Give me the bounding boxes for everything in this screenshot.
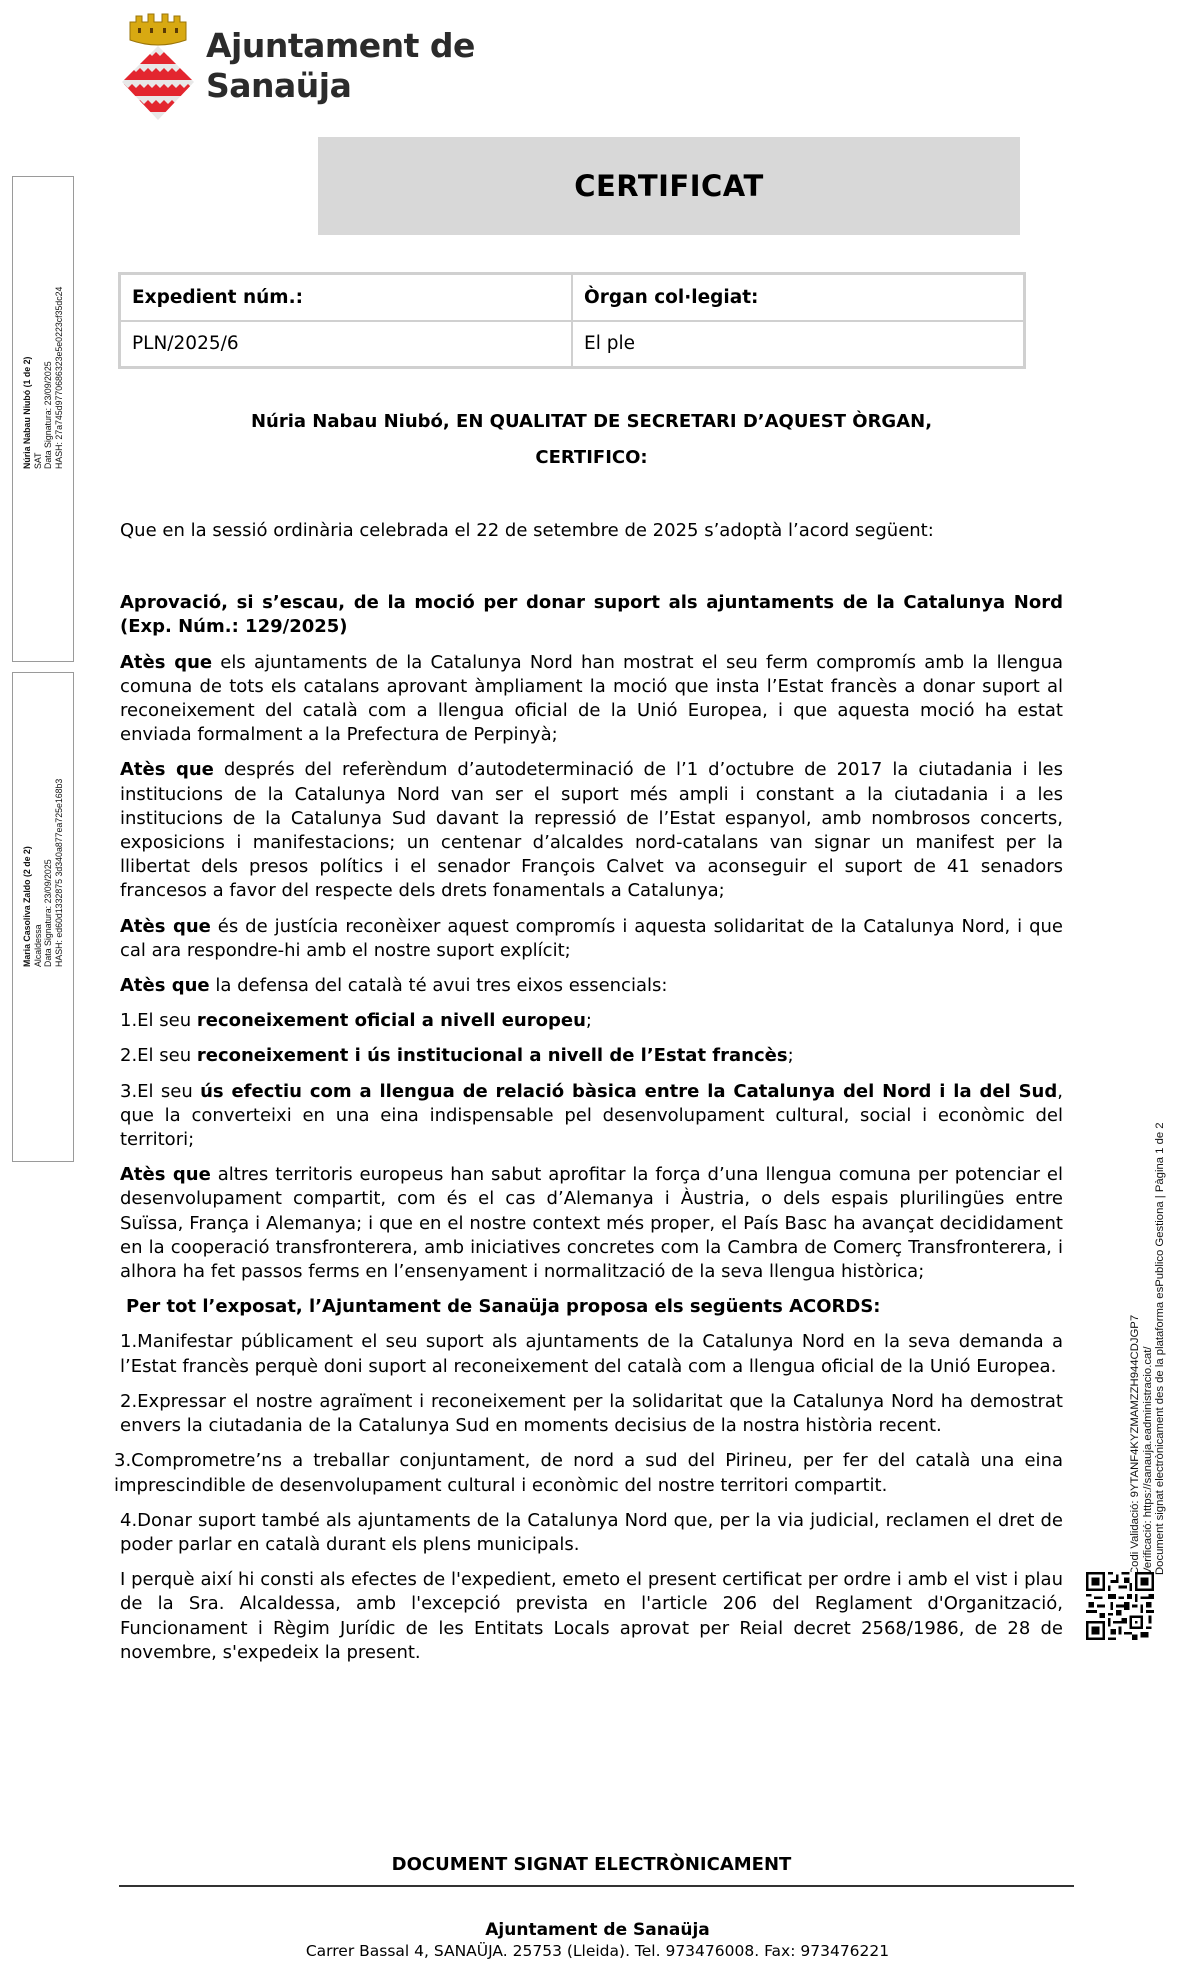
- signer-role: SAT: [32, 209, 43, 629]
- footer-divider: [119, 1885, 1074, 1887]
- consideration-paragraph: Atès que després del referèndum d’autode…: [120, 758, 1063, 903]
- signed-electronically-label: DOCUMENT SIGNAT ELECTRÒNICAMENT: [120, 1854, 1063, 1875]
- signer-role: Alcaldessa: [32, 707, 43, 1127]
- document-title: CERTIFICAT: [574, 169, 764, 203]
- municipality-logo: Ajuntament de Sanaüja: [120, 8, 480, 123]
- footer-title: Ajuntament de Sanaüja: [120, 1920, 1075, 1940]
- acord-item: 3.Comprometre’ns a treballar conjuntamen…: [114, 1449, 1063, 1497]
- acord-item: 4.Donar suport també als ajuntaments de …: [120, 1509, 1063, 1557]
- signature-hash: HASH: 27a745d9770686323e5e0223cf35dc24: [54, 209, 65, 629]
- motion-title: Aprovació, si s’escau, de la moció per d…: [120, 591, 1063, 639]
- axis-emphasis: ús efectiu com a llengua de relació bàsi…: [200, 1081, 1057, 1102]
- axis-item: 2.El seu reconeixement i ús instituciona…: [120, 1044, 1063, 1068]
- axis-prefix: 2.El seu: [120, 1045, 197, 1066]
- expedient-label: Expedient núm.:: [120, 274, 573, 321]
- secretary-line: Núria Nabau Niubó, EN QUALITAT DE SECRET…: [120, 404, 1063, 440]
- signature-box-2: Maria Casoliva Zaldo (2 de 2) Alcaldessa…: [12, 672, 74, 1162]
- axis-prefix: 3.El seu: [120, 1081, 200, 1102]
- info-table-header-row: Expedient núm.: Òrgan col·legiat:: [120, 274, 1025, 321]
- verification-url[interactable]: Verificació: https://sanauja.eadministra…: [1142, 1065, 1155, 1575]
- platform-page-info: Document signat electrònicament des de l…: [1154, 1065, 1167, 1575]
- axis-suffix: ;: [586, 1010, 592, 1031]
- logo-line-1: Ajuntament de: [206, 26, 475, 66]
- qr-code-icon[interactable]: [1086, 1572, 1154, 1640]
- consideration-text: els ajuntaments de la Catalunya Nord han…: [120, 652, 1063, 746]
- footer-address: Carrer Bassal 4, SANAÜJA. 25753 (Lleida)…: [120, 1941, 1075, 1961]
- logo-line-2: Sanaüja: [206, 66, 475, 106]
- consideration-text: és de justícia reconèixer aquest comprom…: [120, 916, 1063, 961]
- info-table-value-row: PLN/2025/6 El ple: [120, 321, 1025, 368]
- certifico-line: CERTIFICO:: [120, 440, 1063, 476]
- consideration-paragraph: Atès que la defensa del català té avui t…: [120, 974, 1063, 998]
- consideration-lead: Atès que: [120, 975, 210, 996]
- consideration-text: després del referèndum d’autodeterminaci…: [120, 759, 1063, 901]
- validation-info: Codi Validació: 9YTANF4KYZMAMZZH944CDJGP…: [1118, 1065, 1178, 1575]
- axis-emphasis: reconeixement oficial a nivell europeu: [197, 1010, 586, 1031]
- consideration-text: la defensa del català té avui tres eixos…: [210, 975, 668, 996]
- info-table: Expedient núm.: Òrgan col·legiat: PLN/20…: [118, 272, 1026, 369]
- signature-box-1: Núria Nabau Niubó (1 de 2) SAT Data Sign…: [12, 176, 74, 662]
- closing-paragraph: I perquè així hi consti als efectes de l…: [120, 1568, 1063, 1665]
- consideration-paragraph: Atès que els ajuntaments de la Catalunya…: [120, 651, 1063, 748]
- signature-hash: HASH: ed60d1332875 3d340a877ea725e168b3: [54, 707, 65, 1127]
- consideration-paragraph: Atès que altres territoris europeus han …: [120, 1163, 1063, 1284]
- signature-date: Data Signatura: 23/09/2025: [43, 707, 54, 1127]
- coat-of-arms-icon: [120, 10, 196, 122]
- intro-paragraph: Que en la sessió ordinària celebrada el …: [120, 519, 1063, 543]
- validation-code: Codi Validació: 9YTANF4KYZMAMZZH944CDJGP…: [1129, 1065, 1142, 1575]
- axis-prefix: 1.El seu: [120, 1010, 197, 1031]
- consideration-lead: Atès que: [120, 916, 211, 937]
- signature-date: Data Signatura: 23/09/2025: [43, 209, 54, 629]
- expedient-value: PLN/2025/6: [120, 321, 573, 368]
- axis-emphasis: reconeixement i ús institucional a nivel…: [197, 1045, 788, 1066]
- consideration-lead: Atès que: [120, 1164, 211, 1185]
- axis-item: 1.El seu reconeixement oficial a nivell …: [120, 1009, 1063, 1033]
- organ-value: El ple: [572, 321, 1025, 368]
- document-body: Que en la sessió ordinària celebrada el …: [120, 519, 1063, 1676]
- consideration-paragraph: Atès que és de justícia reconèixer aques…: [120, 915, 1063, 963]
- organ-label: Òrgan col·legiat:: [572, 274, 1025, 321]
- acord-item: 1.Manifestar públicament el seu suport a…: [120, 1330, 1063, 1378]
- signer-name: Núria Nabau Niubó (1 de 2): [22, 209, 33, 629]
- axis-suffix: ;: [788, 1045, 794, 1066]
- secretary-statement: Núria Nabau Niubó, EN QUALITAT DE SECRET…: [120, 404, 1063, 476]
- signature-details: Maria Casoliva Zaldo (2 de 2) Alcaldessa…: [22, 707, 64, 1127]
- consideration-text: altres territoris europeus han sabut apr…: [120, 1164, 1063, 1282]
- consideration-lead: Atès que: [120, 759, 214, 780]
- signer-name: Maria Casoliva Zaldo (2 de 2): [22, 707, 33, 1127]
- document-title-box: CERTIFICAT: [318, 137, 1020, 235]
- axis-item: 3.El seu ús efectiu com a llengua de rel…: [120, 1080, 1063, 1153]
- consideration-lead: Atès que: [120, 652, 212, 673]
- acord-item: 2.Expressar el nostre agraïment i recone…: [120, 1390, 1063, 1438]
- signature-details: Núria Nabau Niubó (1 de 2) SAT Data Sign…: [22, 209, 64, 629]
- acords-heading: Per tot l’exposat, l’Ajuntament de Sanaü…: [126, 1295, 1063, 1319]
- logo-text: Ajuntament de Sanaüja: [206, 26, 475, 106]
- validation-text: Codi Validació: 9YTANF4KYZMAMZZH944CDJGP…: [1129, 1065, 1167, 1575]
